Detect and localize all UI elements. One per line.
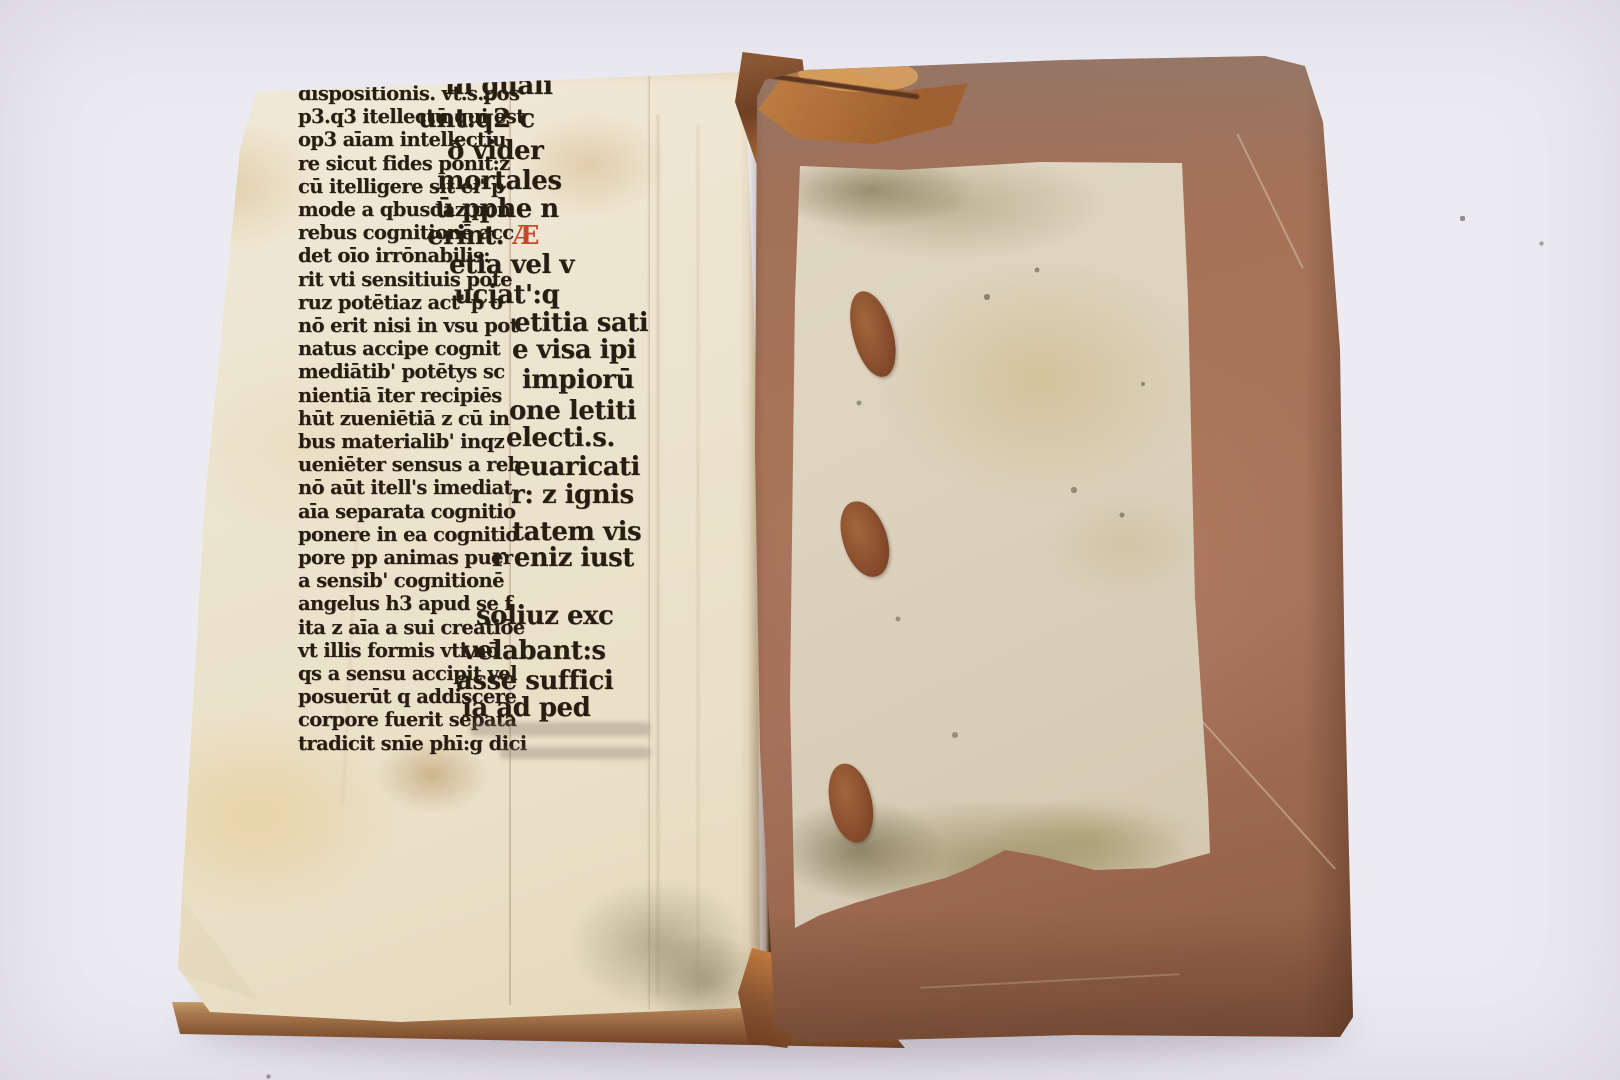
text-line: nō erit nisi in vsu pot	[298, 314, 528, 337]
text-line: bus materialib' inqz	[298, 430, 528, 453]
text-line: ueniēter sensus a reb	[298, 453, 528, 476]
overlay-text-fragment: unt:q2 c	[418, 104, 535, 134]
text-line: mediātib' potētys sc	[298, 360, 528, 383]
overlay-text-fragment: r eniz iust	[492, 543, 634, 573]
photograph: dispositionis. vt.s.posp3.q3 itellectū q…	[0, 0, 1620, 1080]
leather-crack	[1194, 712, 1336, 869]
dust-specks	[0, 0, 1, 1]
overlay-text-fragment: soliuz exc	[476, 601, 613, 631]
offset-ink-ghost	[470, 722, 650, 736]
text-line: aīa separata cognitio	[298, 500, 528, 523]
text-line: nientiā īter recipiēs	[298, 384, 528, 407]
text-line: nō aūt itell's imediat	[298, 476, 528, 499]
overlay-text-fragment: asse suffici	[456, 666, 613, 696]
text-line: hūt zueniētiā z cū in	[298, 407, 528, 430]
overlay-text-fragment: ia ad ped	[462, 693, 590, 723]
overlay-text-fragment: ð vider	[447, 136, 543, 166]
overlay-text-fragment: erint. Æ	[427, 221, 539, 251]
overlay-text-fragment: uciat':q	[454, 280, 559, 310]
rubricated-initial: Æ	[513, 221, 539, 251]
overlay-text-fragment: impiorū	[522, 365, 634, 395]
offset-ink-ghost	[500, 747, 650, 759]
overlay-text-fragment: one letiti	[509, 396, 636, 426]
back-cover-leather	[740, 50, 1360, 1050]
overlay-text-fragment: in guali	[445, 71, 553, 101]
printed-text-layer: dispositionis. vt.s.posp3.q3 itellectū q…	[160, 55, 770, 1045]
leather-crack	[1236, 133, 1304, 269]
overlay-text-fragment: mortales	[437, 166, 561, 196]
text-line: natus accipe cognit	[298, 337, 528, 360]
overlay-text-fragment: e visa ipi	[512, 335, 636, 365]
pastedown-speckles	[740, 50, 742, 52]
overlay-text-fragment: r: z ignis	[511, 480, 634, 510]
overlay-text-fragment: etia vel v	[449, 250, 574, 280]
overlay-text-fragment: euaricati	[514, 452, 640, 482]
leather-crack	[920, 973, 1180, 989]
overlay-text-fragment: etitia sati	[514, 308, 648, 338]
overlay-text-fragment: velabant:s	[462, 636, 606, 666]
overlay-text-fragment: ū pphe n	[435, 194, 559, 224]
vellum-pastedown	[740, 50, 1360, 1050]
overlay-text-fragment: electi.s.	[506, 423, 615, 453]
